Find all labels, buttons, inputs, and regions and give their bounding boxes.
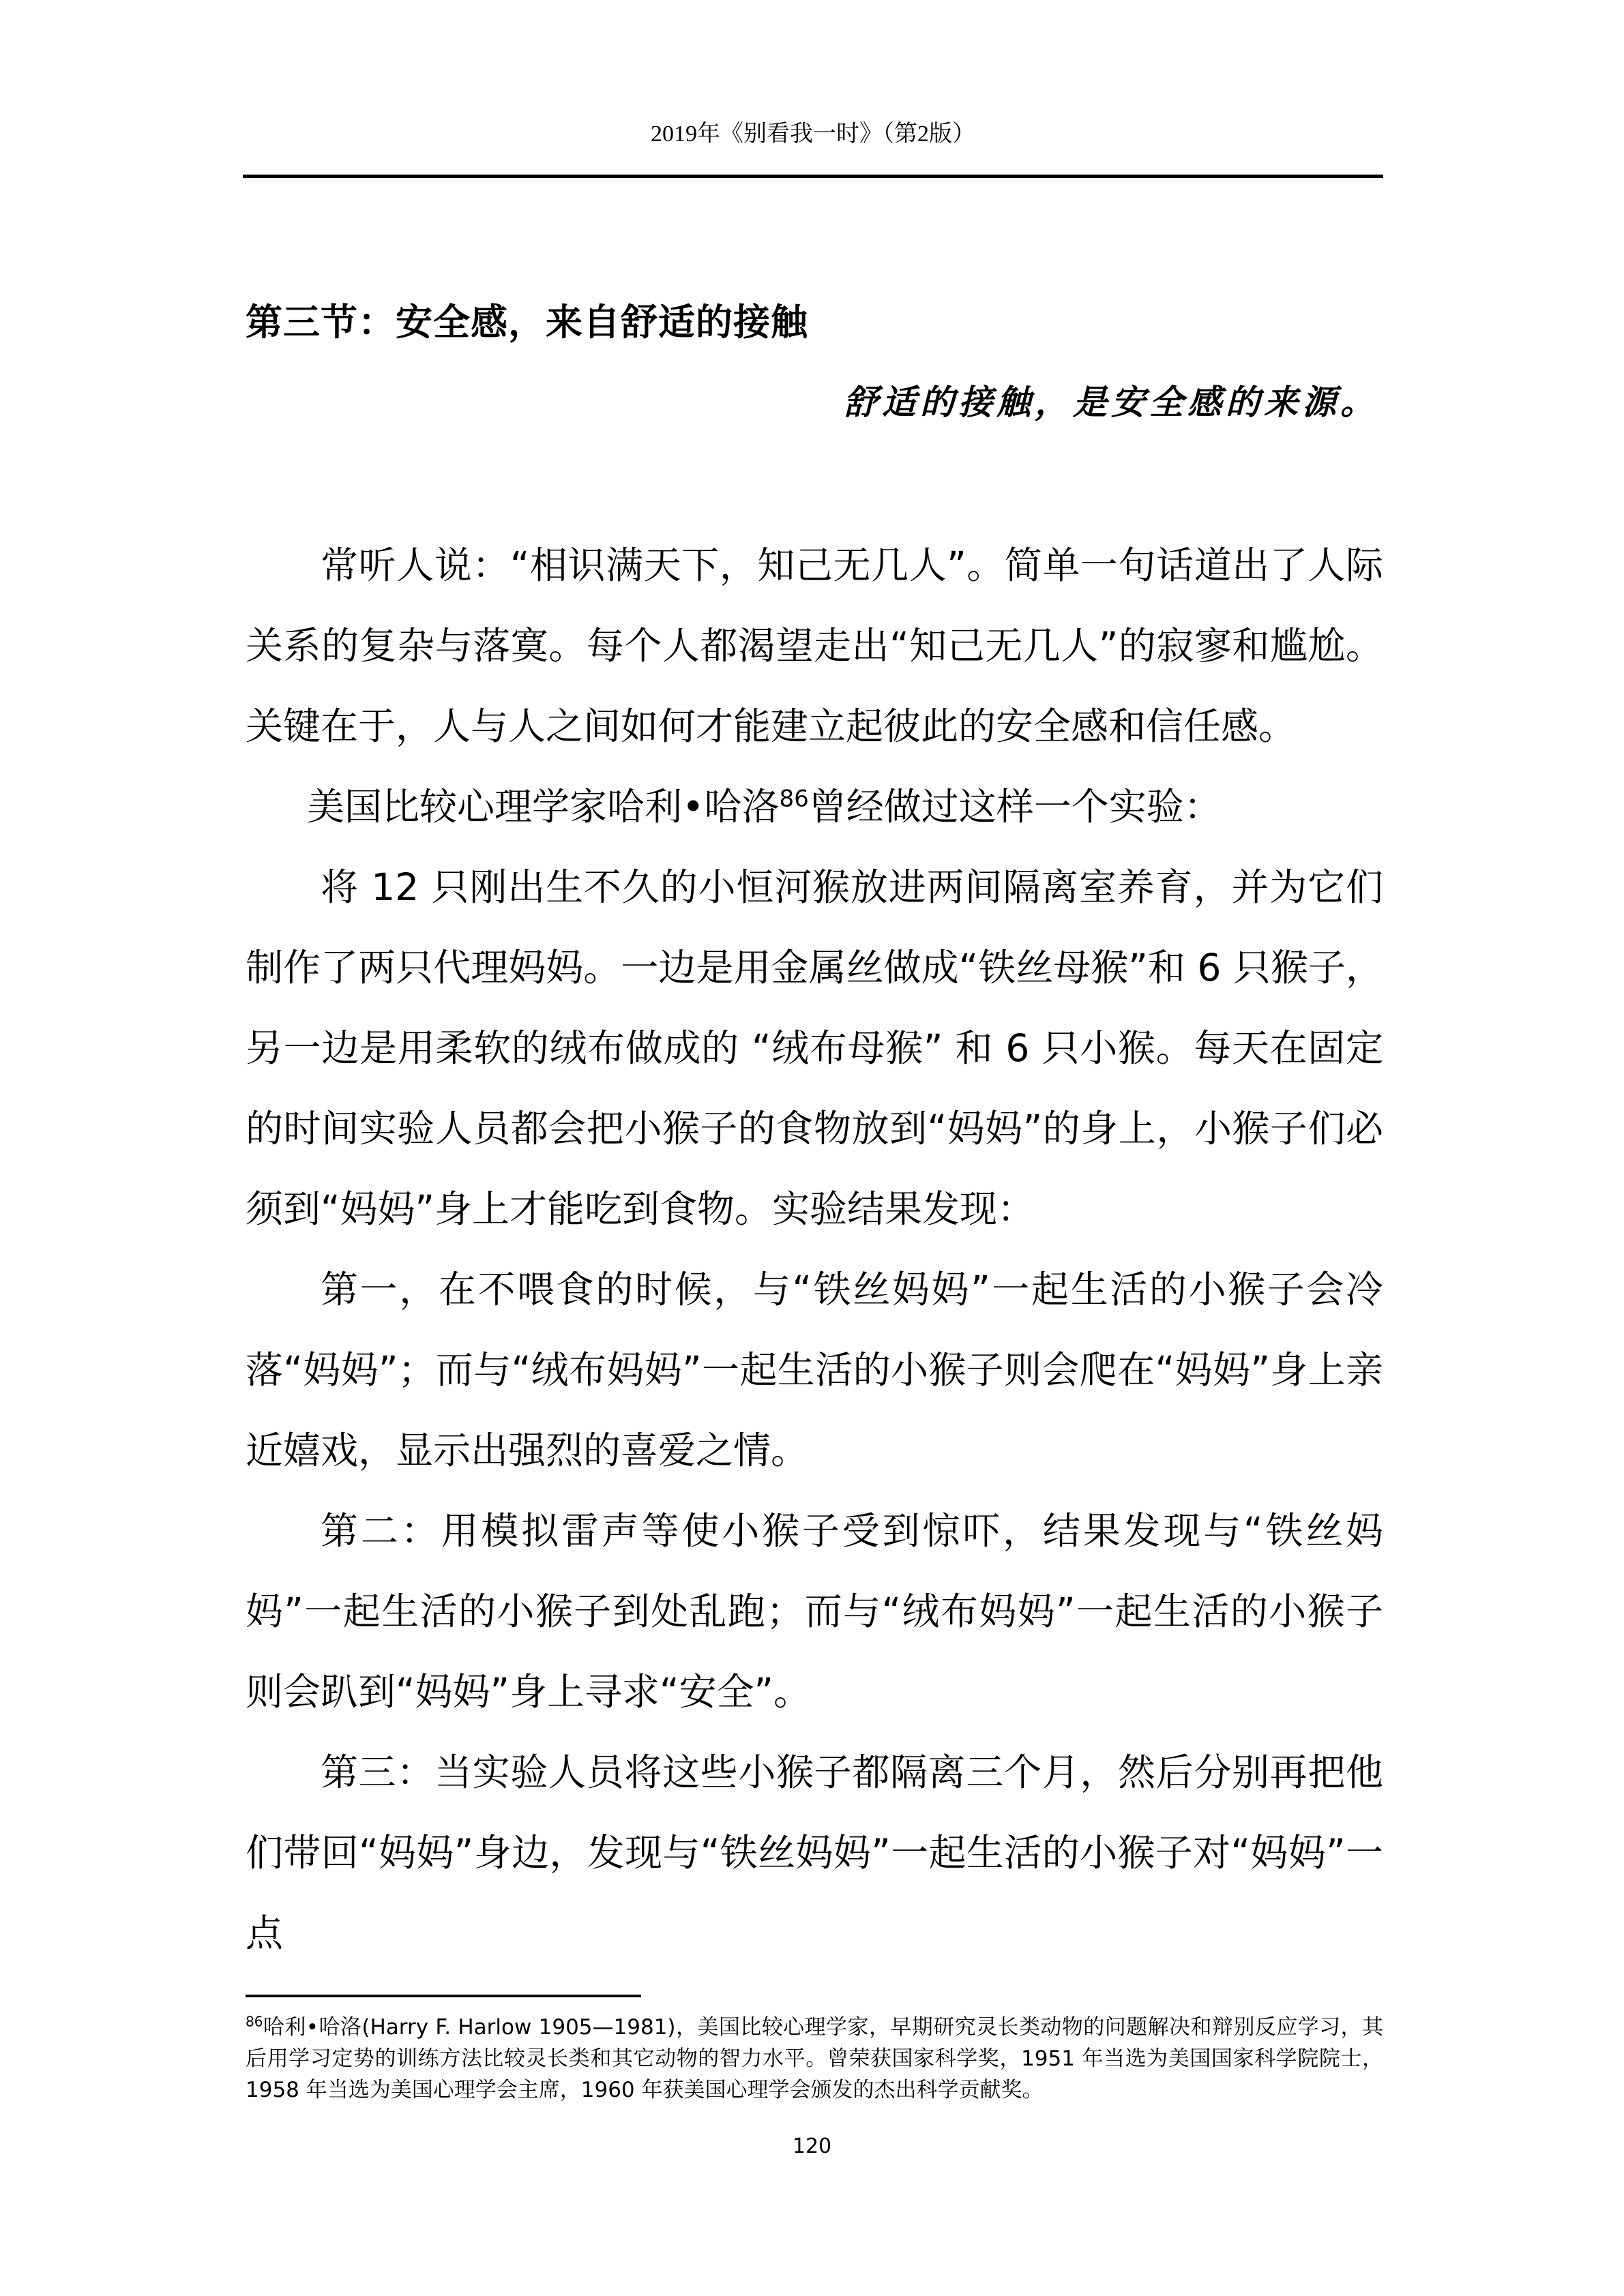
paragraph: 第二：用模拟雷声等使小猴子受到惊吓，结果发现与“铁丝妈妈”一起生活的小猴子到处乱… [246, 1491, 1383, 1732]
footnote-text: 哈利•哈洛(Harry F. Harlow 1905—1981)，美国比较心理学… [246, 2015, 1383, 2102]
paragraph: 第一，在不喂食的时候，与“铁丝妈妈”一起生活的小猴子会冷落“妈妈”；而与“绒布妈… [246, 1249, 1383, 1491]
paragraph-text: 美国比较心理学家哈利•哈洛 [307, 785, 779, 829]
paragraph-text: 曾经做过这样一个实验： [809, 785, 1222, 829]
page-number: 120 [0, 2134, 1624, 2158]
running-header: 2019年《别看我一时》（第2版） [243, 115, 1383, 148]
paragraph: 第三：当实验人员将这些小猴子都隔离三个月，然后分别再把他们带回“妈妈”身边，发现… [246, 1732, 1383, 1973]
document-page: 2019年《别看我一时》（第2版） 第三节：安全感，来自舒适的接触 舒适的接触，… [0, 0, 1624, 2296]
epigraph: 舒适的接触，是安全感的来源。 [844, 375, 1378, 424]
footnote-number: 86 [246, 2014, 263, 2030]
body-text: 常听人说：“相识满天下，知己无几人”。简单一句话道出了人际关系的复杂与落寞。每个… [246, 525, 1383, 1973]
paragraph: 常听人说：“相识满天下，知己无几人”。简单一句话道出了人际关系的复杂与落寞。每个… [246, 525, 1383, 766]
footnote-reference[interactable]: 86 [779, 786, 808, 813]
footnote: 86哈利•哈洛(Harry F. Harlow 1905—1981)，美国比较心… [246, 2012, 1383, 2106]
paragraph: 将 12 只刚出生不久的小恒河猴放进两间隔离室养育，并为它们制作了两只代理妈妈。… [246, 847, 1383, 1249]
header-divider [243, 175, 1383, 178]
section-title: 第三节：安全感，来自舒适的接触 [246, 293, 808, 346]
paragraph: 美国比较心理学家哈利•哈洛86曾经做过这样一个实验： [246, 766, 1383, 847]
footnote-divider [246, 1995, 641, 1997]
